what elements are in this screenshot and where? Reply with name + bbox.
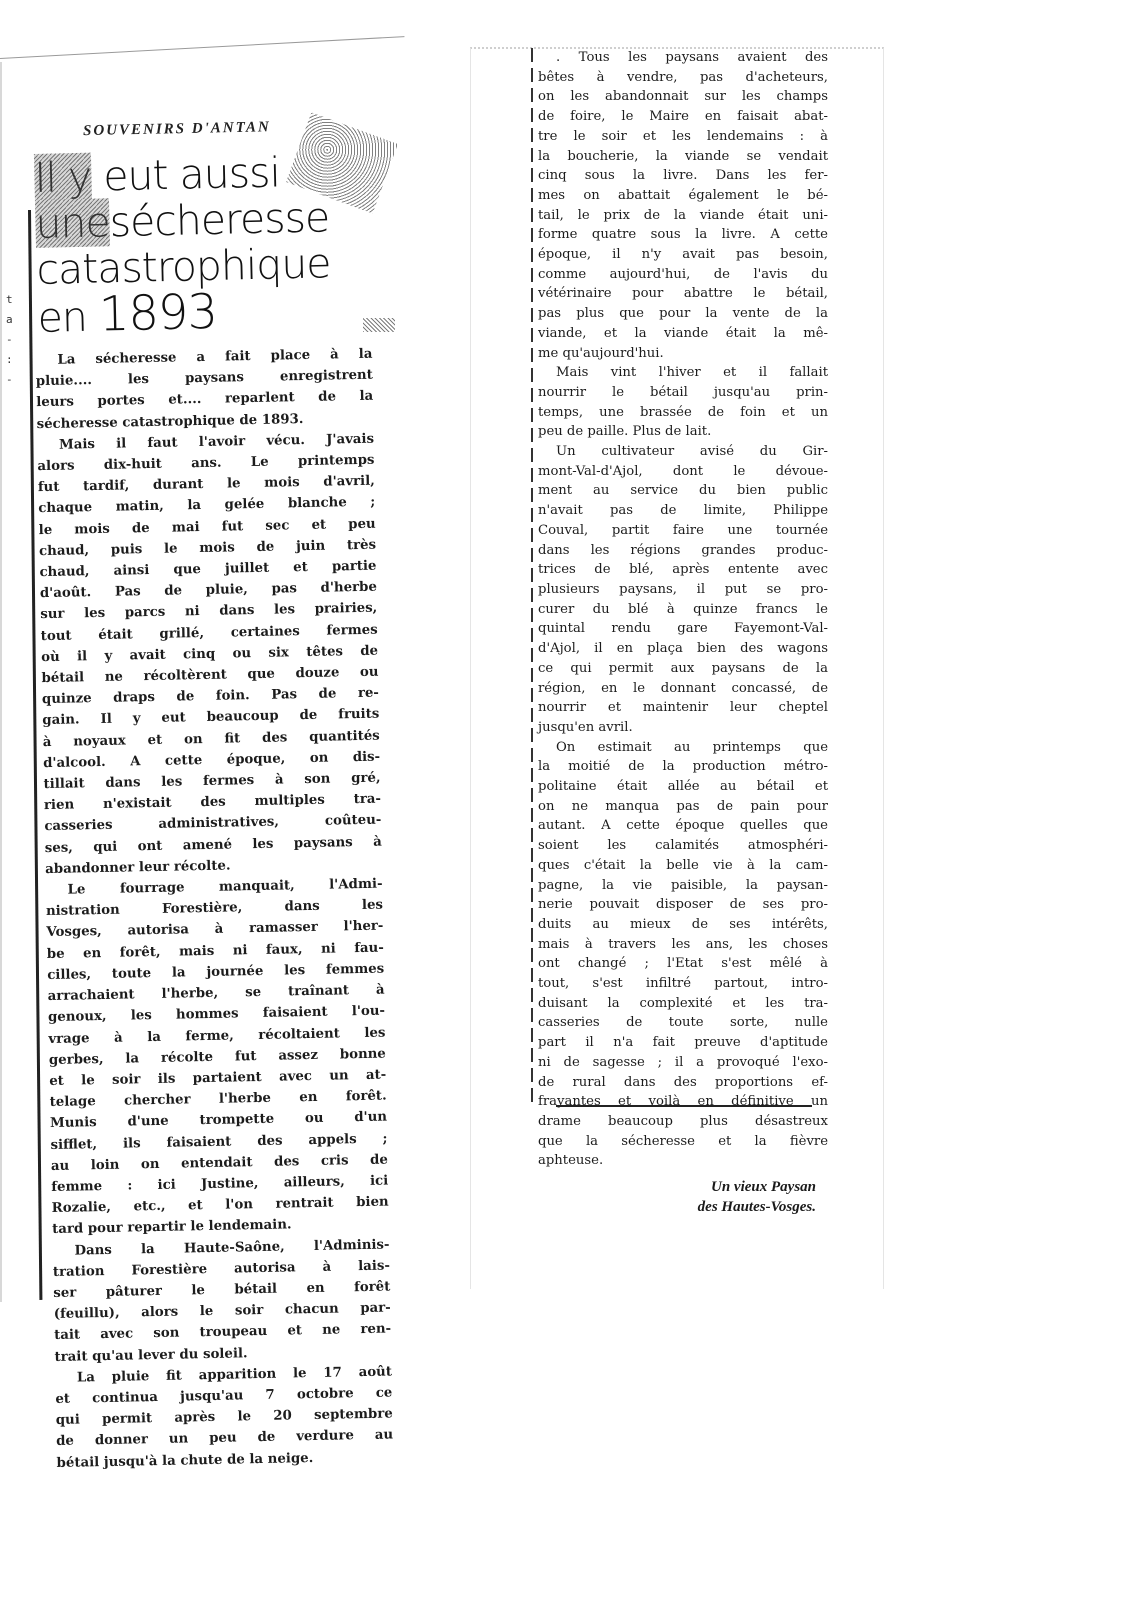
text-line: ment au service du bien public	[538, 481, 828, 501]
headline-smudged-text: une	[35, 198, 110, 248]
text-line: bêtes à vendre, pas d'acheteurs,	[538, 68, 828, 88]
text-line: d'Ajol, il en plaça bien des wagons	[538, 639, 828, 659]
text-line: pagne, la vie paisible, la paysan-	[538, 876, 828, 896]
text-line: la moitié de la production métro-	[538, 757, 828, 777]
text-line: de rural dans des proportions ef-	[538, 1073, 828, 1093]
text-line: casseries de toute sorte, nulle	[538, 1013, 828, 1033]
text-line: région, en le donnant concassé, de	[538, 679, 828, 699]
headline-smudged-text: Il y	[34, 153, 92, 202]
paragraph: . Tous les paysans avaient desbêtes à ve…	[538, 48, 828, 363]
article-body-right: . Tous les paysans avaient desbêtes à ve…	[538, 48, 828, 1171]
text-line: On estimait au printemps que	[538, 738, 828, 758]
text-line: part il n'a fait preuve d'aptitude	[538, 1033, 828, 1053]
signature-line-1: Un vieux Paysan	[538, 1177, 816, 1197]
text-line: ont changé ; l'Etat s'est mêlé à	[538, 954, 828, 974]
text-line: Mais vint l'hiver et il fallait	[538, 363, 828, 383]
paragraph: Mais vint l'hiver et il fallaitnourrir l…	[538, 363, 828, 442]
paragraph: La pluie fit apparition le 17 aoûtet con…	[55, 1361, 394, 1473]
article-body-left: La sécheresse a fait place à lapluie....…	[17, 344, 394, 1474]
text-line: vétérinaire pour abattre le bétail,	[538, 284, 828, 304]
headline-text: eut aussi	[103, 148, 281, 200]
clipping-left-top-edge	[0, 36, 404, 59]
clipping-left-outer-edge	[0, 62, 2, 1302]
text-line: ce qui permit aux paysans de la	[538, 659, 828, 679]
text-line: viande, et la viande était la mê-	[538, 324, 828, 344]
text-line: frayantes et voilà en définitive un	[538, 1092, 828, 1112]
text-line: ni de sagesse ; il a provoqué l'exo-	[538, 1053, 828, 1073]
text-line: mais à travers les ans, les choses	[538, 935, 828, 955]
headline-line-1: Il y eut aussi	[34, 147, 382, 201]
text-line: nerie pouvait disposer de ses pro-	[538, 895, 828, 915]
text-line: me qu'aujourd'hui.	[538, 344, 828, 364]
paragraph: Dans la Haute-Saône, l'Adminis-tration F…	[52, 1234, 391, 1368]
headline-text: en	[37, 293, 87, 342]
article-signature: Un vieux Paysan des Hautes-Vosges.	[538, 1177, 828, 1217]
text-line: pas plus que pour la vente de la	[538, 304, 828, 324]
text-line: Couval, partit faire une tournée	[538, 521, 828, 541]
text-line: curer du blé à quinze francs le	[538, 600, 828, 620]
text-line: on ne manqua pas de pain pour	[538, 797, 828, 817]
headline-year: 1893	[98, 284, 217, 343]
text-line: aphteuse.	[538, 1151, 828, 1171]
text-line: nourrir le bétail jusqu'au prin-	[538, 383, 828, 403]
text-line: mes on abattait également le bé-	[538, 186, 828, 206]
text-line: forme quatre sous la livre. A cette	[538, 225, 828, 245]
text-line: comme aujourd'hui, de l'avis du	[538, 265, 828, 285]
text-line: peu de paille. Plus de lait.	[538, 422, 828, 442]
text-line: tre le soir et les lendemains : à	[538, 127, 828, 147]
paragraph: Mais il faut l'avoir vécu. J'avaisalors …	[37, 428, 382, 880]
text-line: quintal rendu gare Fayemont-Val-	[538, 619, 828, 639]
article-headline: Il y eut aussi unesécheresse catastrophi…	[34, 147, 385, 341]
text-line: ques c'était la belle vie à la cam-	[538, 856, 828, 876]
text-line: duisant la complexité et les tra-	[538, 994, 828, 1014]
signature-line-2: des Hautes-Vosges.	[538, 1197, 816, 1217]
text-line: dans les régions grandes produc-	[538, 541, 828, 561]
column-rule-right	[531, 48, 533, 1108]
text-line: autant. A cette époque quelles que	[538, 816, 828, 836]
article-left-column: SOUVENIRS D'ANTAN Il y eut aussi uneséch…	[28, 120, 383, 1471]
text-line: tail, le prix de la viande était uni-	[538, 206, 828, 226]
headline-line-4: en 1893	[37, 285, 385, 341]
text-line: époque, il n'y avait pas besoin,	[538, 245, 828, 265]
text-line: de foire, le Maire en faisait abat-	[538, 107, 828, 127]
text-line: soient les calamités atmosphéri-	[538, 836, 828, 856]
paragraph: La sécheresse a fait place à lapluie....…	[35, 344, 374, 435]
text-line: politaine était allée au bétail et	[538, 777, 828, 797]
text-line: plusieurs paysans, il put se pro-	[538, 580, 828, 600]
article-right-column: . Tous les paysans avaient desbêtes à ve…	[538, 48, 828, 1217]
text-line: la boucherie, la viande se vendait	[538, 147, 828, 167]
text-line: . Tous les paysans avaient des	[538, 48, 828, 68]
article-end-rule	[556, 1105, 812, 1107]
text-line: n'avait pas de limite, Philippe	[538, 501, 828, 521]
text-line: mont-Val-d'Ajol, dont le dévoue-	[538, 462, 828, 482]
paragraph: Le fourrage manquait, l'Admi-nistration …	[45, 874, 389, 1241]
text-line: temps, une brassée de foin et un	[538, 403, 828, 423]
text-line: Un cultivateur avisé du Gir-	[538, 442, 828, 462]
text-line: on les abandonnait sur les champs	[538, 87, 828, 107]
text-line: cinq sous la livre. Dans les fer-	[538, 166, 828, 186]
margin-fragment-marks: t a - : -	[6, 290, 13, 390]
paragraph: Un cultivateur avisé du Gir-mont-Val-d'A…	[538, 442, 828, 738]
text-line: drame beaucoup plus désastreux	[538, 1112, 828, 1132]
text-line: nourrir et maintenir leur cheptel	[538, 698, 828, 718]
text-line: duits au mieux de ses intérêts,	[538, 915, 828, 935]
headline-text: sécheresse	[109, 193, 330, 246]
text-line: trices de blé, après entente avec	[538, 560, 828, 580]
text-line: que la sécheresse et la fièvre	[538, 1132, 828, 1152]
text-line: jusqu'en avril.	[538, 718, 828, 738]
headline-line-2: unesécheresse	[35, 193, 383, 247]
text-line: tout, s'est infiltré partout, intro-	[538, 974, 828, 994]
